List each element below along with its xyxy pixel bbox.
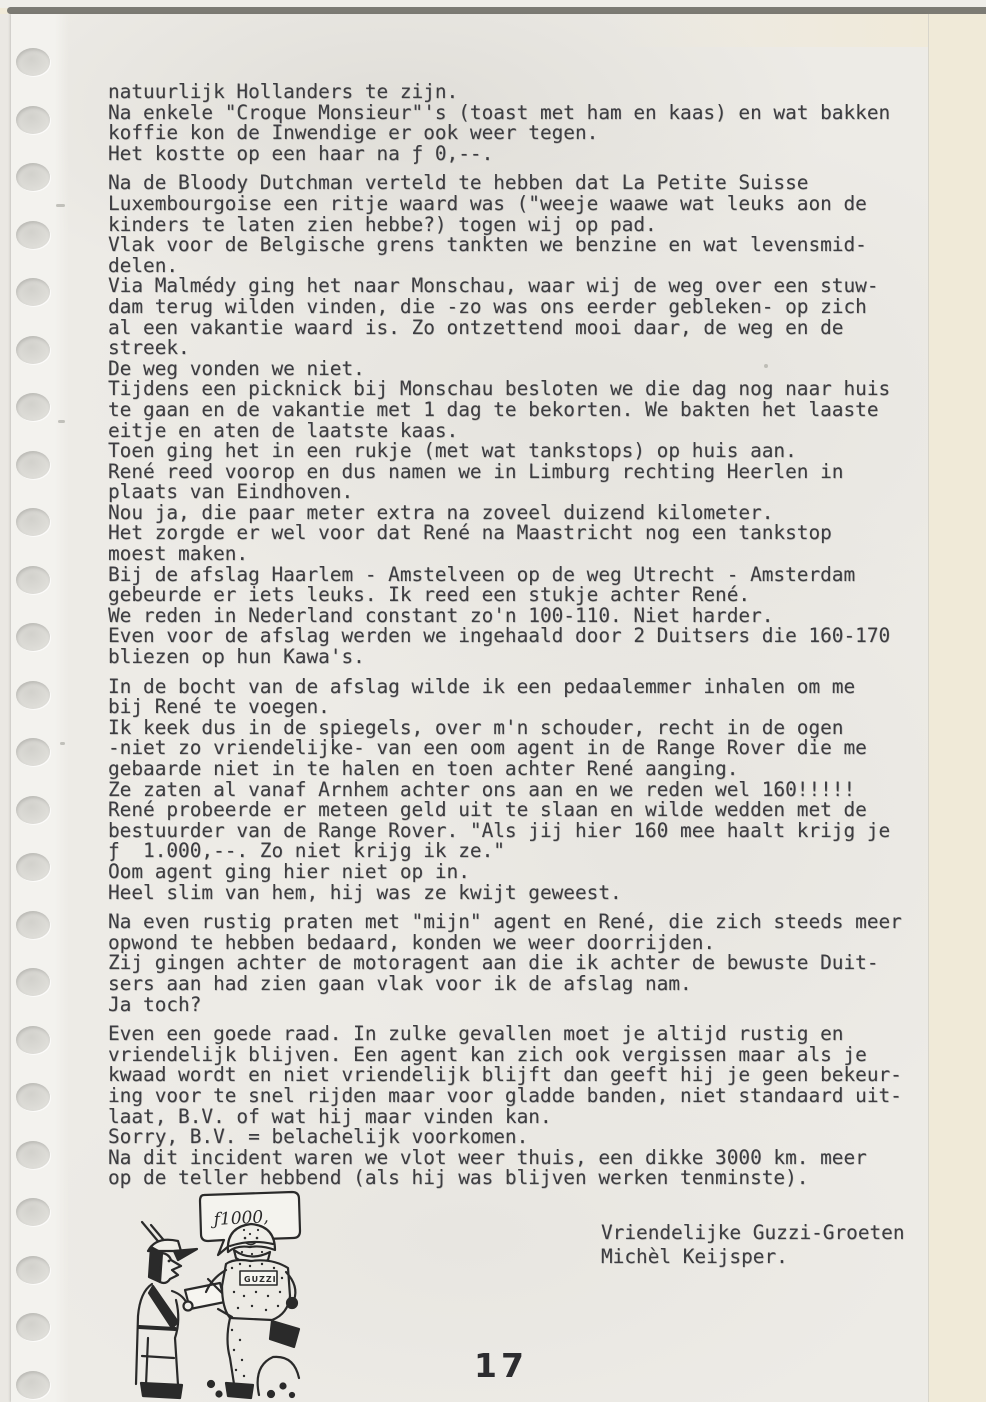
speech-bubble-text: ƒ1000, bbox=[209, 1207, 269, 1230]
binder-hole bbox=[16, 508, 50, 536]
binder-hole bbox=[16, 681, 50, 709]
policeman-figure bbox=[136, 1222, 225, 1398]
scan-edge-bar bbox=[7, 7, 986, 14]
binder-hole bbox=[16, 853, 50, 881]
paragraph-5: Even een goede raad. In zulke gevallen m… bbox=[108, 1024, 920, 1189]
binder-hole bbox=[16, 796, 50, 824]
paragraph-3: In de bocht van de afslag wilde ik een p… bbox=[108, 677, 920, 904]
binder-hole bbox=[16, 163, 50, 191]
binder-hole bbox=[16, 393, 50, 421]
scan-speck bbox=[56, 204, 65, 207]
binder-hole bbox=[16, 336, 50, 364]
binder-hole bbox=[16, 1198, 50, 1226]
binder-hole bbox=[16, 1141, 50, 1169]
page-right-edge bbox=[928, 14, 929, 1402]
binder-hole bbox=[16, 623, 50, 651]
binder-hole bbox=[16, 566, 50, 594]
binder-hole bbox=[16, 911, 50, 939]
signature-greeting: Vriendelijke Guzzi-Groeten bbox=[601, 1221, 905, 1244]
scan-speck bbox=[60, 742, 65, 745]
binder-hole bbox=[16, 968, 50, 996]
binder-hole bbox=[16, 48, 50, 76]
binder-hole bbox=[16, 278, 50, 306]
article-text: natuurlijk Hollanders te zijn. Na enkele… bbox=[108, 82, 920, 1198]
binder-hole bbox=[16, 451, 50, 479]
scan-speck bbox=[58, 420, 65, 423]
signature-block: Vriendelijke Guzzi-Groeten Michèl Keijsp… bbox=[601, 1221, 905, 1268]
page-number: 17 bbox=[474, 1346, 528, 1385]
backing-page-top bbox=[610, 14, 928, 47]
binder-hole bbox=[16, 738, 50, 766]
binder-hole bbox=[16, 106, 50, 134]
scan-left-background bbox=[0, 14, 11, 1402]
binder-hole bbox=[16, 1026, 50, 1054]
binder-hole bbox=[16, 1256, 50, 1284]
binder-hole bbox=[16, 1371, 50, 1399]
paragraph-1: natuurlijk Hollanders te zijn. Na enkele… bbox=[108, 82, 920, 164]
paragraph-4: Na even rustig praten met "mijn" agent e… bbox=[108, 912, 920, 1015]
paragraph-2: Na de Bloody Dutchman verteld te hebben … bbox=[108, 173, 920, 667]
signature-name: Michèl Keijsper. bbox=[601, 1245, 788, 1268]
binder-hole bbox=[16, 221, 50, 249]
binder-hole bbox=[16, 1313, 50, 1341]
jacket-label: GUZZI bbox=[244, 1275, 277, 1284]
binder-hole bbox=[16, 1083, 50, 1111]
cartoon-illustration: GUZZI ƒ1000, bbox=[122, 1188, 318, 1402]
